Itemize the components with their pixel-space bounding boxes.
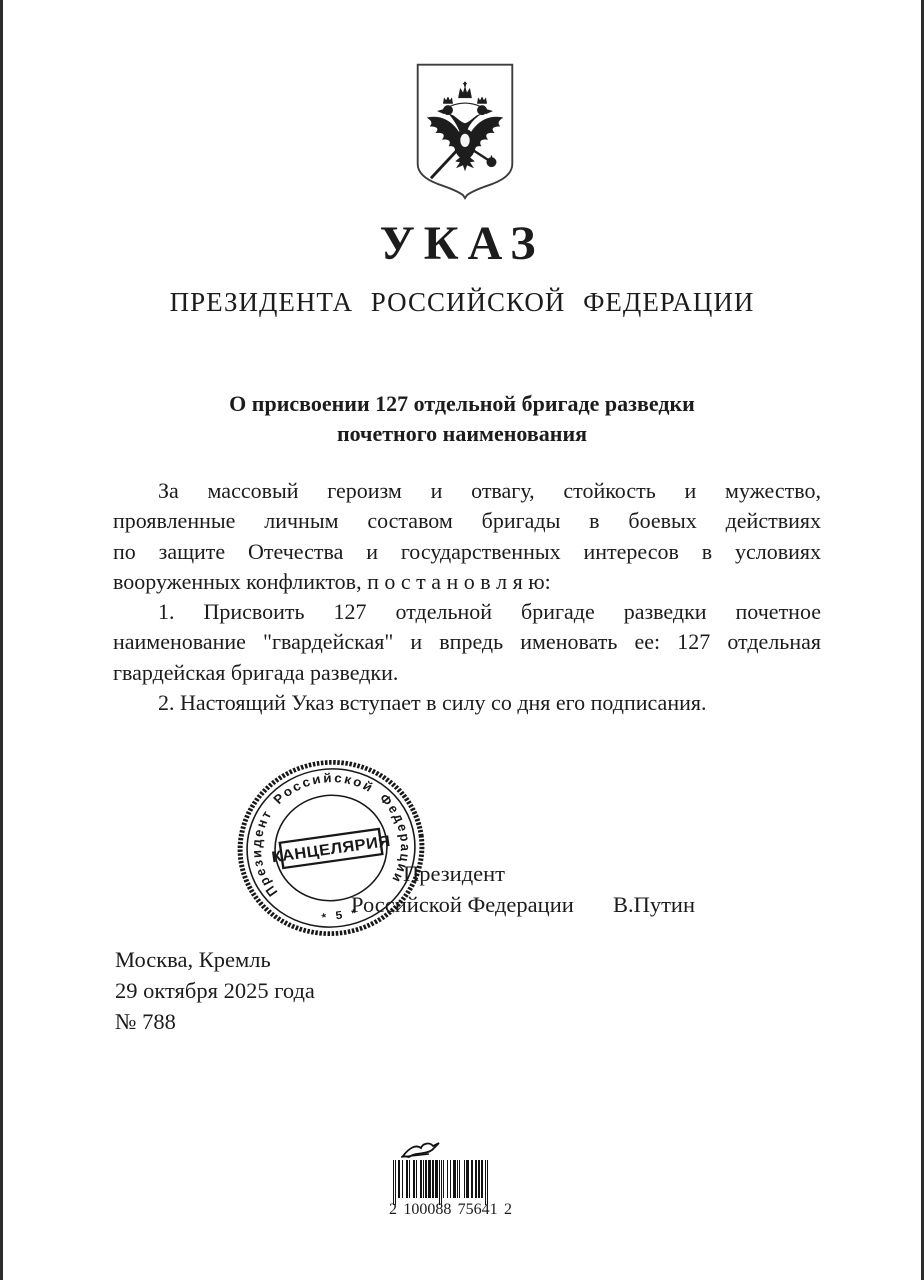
dateline-block: Москва, Кремль29 октября 2025 года№ 788: [115, 944, 315, 1037]
barcode-digit-group: 2: [504, 1201, 512, 1219]
body-line: вооруженных конфликтов, п о с т а н о в …: [113, 567, 821, 597]
barcode-digit-group: 2: [389, 1201, 397, 1219]
barcode-digits: 2100088756412: [389, 1201, 513, 1219]
decree-body: За массовый героизм и отвагу, стойкость …: [113, 476, 821, 718]
body-line: 1. Присвоить 127 отдельной бригаде разве…: [113, 597, 821, 627]
decree-title: УКАЗ: [3, 216, 921, 271]
decree-subject: О присвоении 127 отдельной бригаде разве…: [3, 389, 921, 449]
barcode-digit-group: 100088: [403, 1201, 451, 1219]
body-line: наименование "гвардейская" и впредь имен…: [113, 627, 821, 657]
barcode-bar: [487, 1160, 488, 1205]
body-line: по защите Отечества и государственных ин…: [113, 537, 821, 567]
chancellery-stamp: Президент Российской Федерации * 5 * КАН…: [219, 741, 443, 955]
dateline-line: № 788: [115, 1006, 315, 1037]
decree-subtitle: ПРЕЗИДЕНТА РОССИЙСКОЙ ФЕДЕРАЦИИ: [3, 287, 921, 318]
double-headed-eagle-icon: [405, 60, 525, 200]
barcode-digit-group: 75641: [458, 1201, 498, 1219]
stamp-bottom-text: * 5 *: [321, 907, 360, 925]
body-line: гвардейская бригада разведки.: [113, 658, 821, 688]
subject-line: О присвоении 127 отдельной бригаде разве…: [3, 389, 921, 419]
decree-document-page: УКАЗ ПРЕЗИДЕНТА РОССИЙСКОЙ ФЕДЕРАЦИИ О п…: [0, 0, 924, 1280]
barcode: 2100088756412: [389, 1140, 513, 1219]
barcode-bars: [393, 1160, 513, 1206]
body-line: проявленные личным составом бригады в бо…: [113, 506, 821, 536]
subject-line: почетного наименования: [3, 419, 921, 449]
body-line: За массовый героизм и отвагу, стойкость …: [113, 476, 821, 506]
signer-name: В.Путин: [613, 889, 695, 920]
round-stamp-icon: Президент Российской Федерации * 5 * КАН…: [219, 741, 443, 955]
dateline-line: 29 октября 2025 года: [115, 975, 315, 1006]
pen-mark-icon: [399, 1140, 445, 1160]
coat-of-arms-russia: [405, 60, 525, 200]
body-line: 2. Настоящий Указ вступает в силу со дня…: [113, 688, 821, 718]
